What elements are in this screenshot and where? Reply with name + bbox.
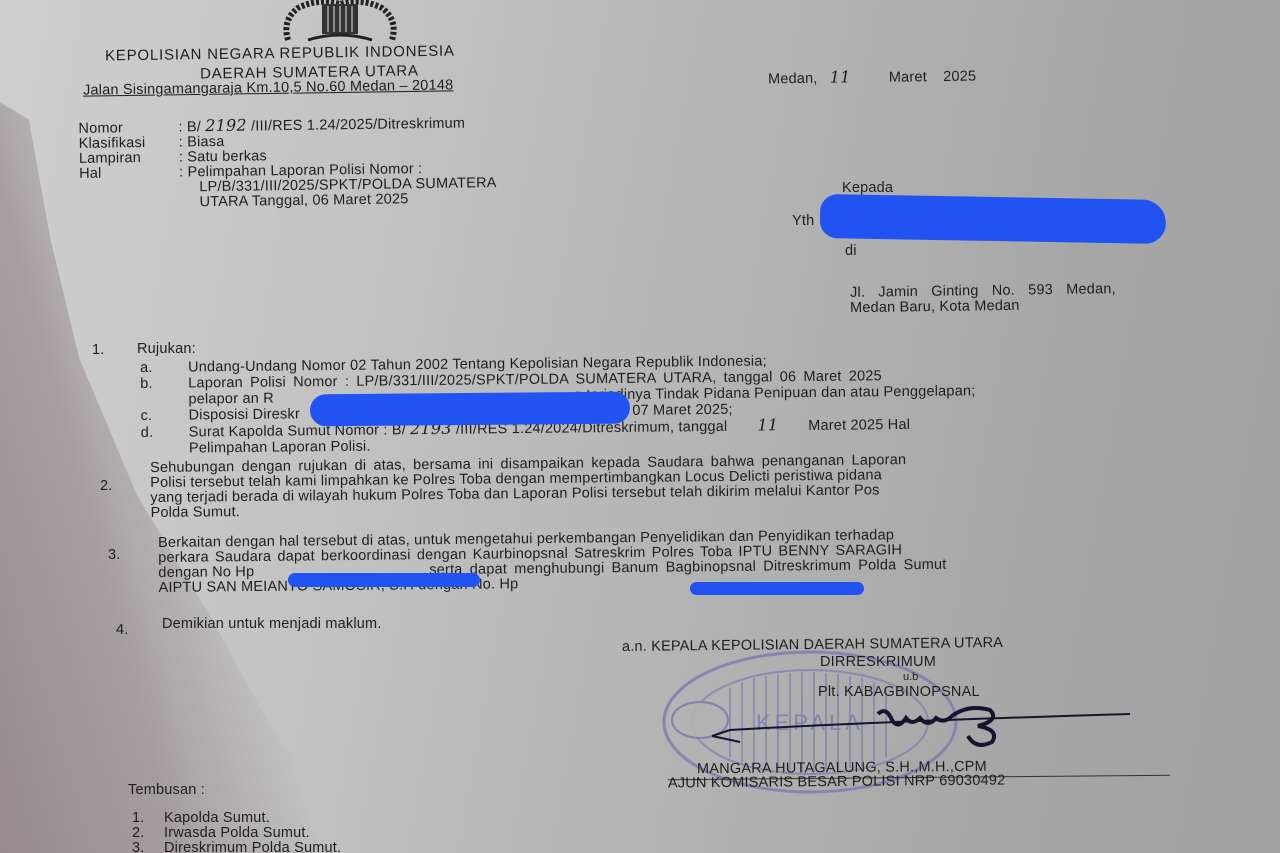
redaction-phone-1 <box>288 573 480 587</box>
signatory-rank: AJUN KOMISARIS BESAR POLISI NRP 69030492 <box>668 773 1005 792</box>
tembusan-item: 2.Irwasda Polda Sumut. <box>132 826 341 841</box>
polri-emblem-icon <box>278 0 402 46</box>
redaction-phone-2 <box>690 582 864 595</box>
point-3-number: 3. <box>108 547 121 563</box>
org-address: Jalan Sisingamangaraja Km.10,5 No.60 Med… <box>83 77 454 98</box>
letter-meta: Nomor: B/ 2192 /III/RES 1.24/2025/Ditres… <box>78 114 497 212</box>
redaction-reporter-name <box>310 392 630 427</box>
tembusan-item: 1.Kapolda Sumut. <box>132 811 341 826</box>
date-month: Maret <box>889 69 927 86</box>
date-year: 2025 <box>943 69 976 85</box>
point-4-text: Demikian untuk menjadi maklum. <box>162 616 382 632</box>
point-2-number: 2. <box>100 478 113 494</box>
tembusan-item: 3.Direskrimum Polda Sumut. <box>132 841 341 853</box>
redaction-recipient-name <box>820 194 1167 244</box>
point-1-title: Rujukan: <box>137 341 196 357</box>
signature-ub: u.b <box>903 671 918 683</box>
org-name: KEPOLISIAN NEGARA REPUBLIK INDONESIA <box>105 43 455 65</box>
date-day: 11 <box>830 67 851 86</box>
point-1-number: 1. <box>92 342 105 358</box>
recipient-address-line2: Medan Baru, Kota Medan <box>850 298 1020 316</box>
letter-date: Medan, 11 Maret 2025 <box>768 66 976 88</box>
tembusan-title: Tembusan : <box>128 782 205 798</box>
point-4-number: 4. <box>116 622 129 638</box>
date-city: Medan, <box>768 71 818 88</box>
signature-title: Plt. KABAGBINOPSNAL <box>818 684 980 700</box>
recipient-di: di <box>845 243 857 259</box>
tembusan-list: 1.Kapolda Sumut. 2.Irwasda Polda Sumut. … <box>132 811 341 853</box>
recipient-yth: Yth <box>792 213 814 229</box>
signature-position: DIRRESKRIMUM <box>820 654 936 670</box>
point-2-text: Sehubungan dengan rujukan di atas, bersa… <box>150 453 907 521</box>
handwritten-signature-icon <box>700 700 1140 760</box>
